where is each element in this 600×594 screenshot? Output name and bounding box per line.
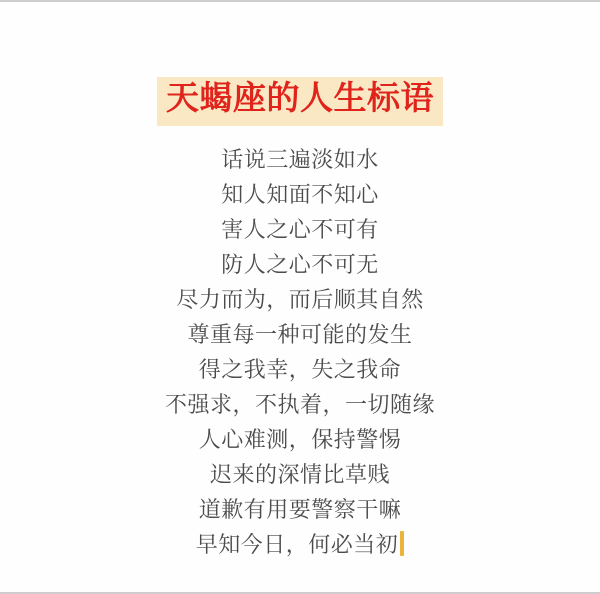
quote-line: 得之我幸，失之我命 bbox=[0, 352, 600, 387]
quote-line-text: 得之我幸，失之我命 bbox=[199, 357, 402, 382]
quote-line: 尊重每一种可能的发生 bbox=[0, 317, 600, 352]
quote-line-text: 话说三遍淡如水 bbox=[221, 147, 379, 172]
title-highlight: 天蝎座的人生标语 bbox=[157, 77, 443, 126]
quote-line: 话说三遍淡如水 bbox=[0, 142, 600, 177]
quote-line: 道歉有用要警察干嘛 bbox=[0, 492, 600, 527]
quote-line: 尽力而为，而后顺其自然 bbox=[0, 282, 600, 317]
quote-line: 人心难测，保持警惕 bbox=[0, 422, 600, 457]
quote-line: 早知今日，何必当初 bbox=[0, 527, 600, 562]
quote-lines: 话说三遍淡如水知人知面不知心害人之心不可有防人之心不可无尽力而为，而后顺其自然尊… bbox=[0, 142, 600, 562]
quote-line: 迟来的深情比草贱 bbox=[0, 457, 600, 492]
quote-line-text: 不强求，不执着，一切随缘 bbox=[165, 392, 435, 417]
quote-line-text: 早知今日，何必当初 bbox=[196, 532, 399, 557]
quote-line-text: 迟来的深情比草贱 bbox=[210, 462, 390, 487]
quote-line: 防人之心不可无 bbox=[0, 247, 600, 282]
quote-line-text: 害人之心不可有 bbox=[221, 217, 379, 242]
quote-page: 天蝎座的人生标语 话说三遍淡如水知人知面不知心害人之心不可有防人之心不可无尽力而… bbox=[0, 0, 600, 594]
quote-line-text: 知人知面不知心 bbox=[221, 182, 379, 207]
quote-line-text: 防人之心不可无 bbox=[221, 252, 379, 277]
quote-line: 不强求，不执着，一切随缘 bbox=[0, 387, 600, 422]
quote-line-text: 人心难测，保持警惕 bbox=[199, 427, 402, 452]
page-title: 天蝎座的人生标语 bbox=[166, 79, 434, 116]
quote-line-text: 尊重每一种可能的发生 bbox=[187, 322, 412, 347]
top-edge-line bbox=[0, 0, 600, 2]
quote-line-text: 道歉有用要警察干嘛 bbox=[199, 497, 402, 522]
quote-line-text: 尽力而为，而后顺其自然 bbox=[176, 287, 424, 312]
quote-line: 知人知面不知心 bbox=[0, 177, 600, 212]
quote-line: 害人之心不可有 bbox=[0, 212, 600, 247]
text-caret bbox=[400, 531, 404, 556]
